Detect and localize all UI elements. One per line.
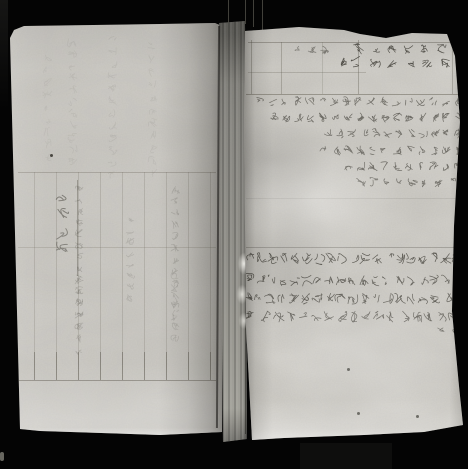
left-page — [10, 22, 222, 438]
manuscript-photo — [0, 0, 468, 469]
background-edge-sliver — [0, 0, 8, 110]
right-page-shading — [244, 26, 465, 441]
edge-nick — [10, 364, 15, 372]
binding-thread — [245, 0, 246, 24]
background-speck — [0, 452, 4, 461]
right-page — [244, 26, 465, 441]
background-shadow-patch — [300, 443, 392, 469]
binding-thread — [253, 0, 254, 27]
binding-thread — [262, 0, 263, 30]
left-page-shading — [10, 22, 222, 438]
